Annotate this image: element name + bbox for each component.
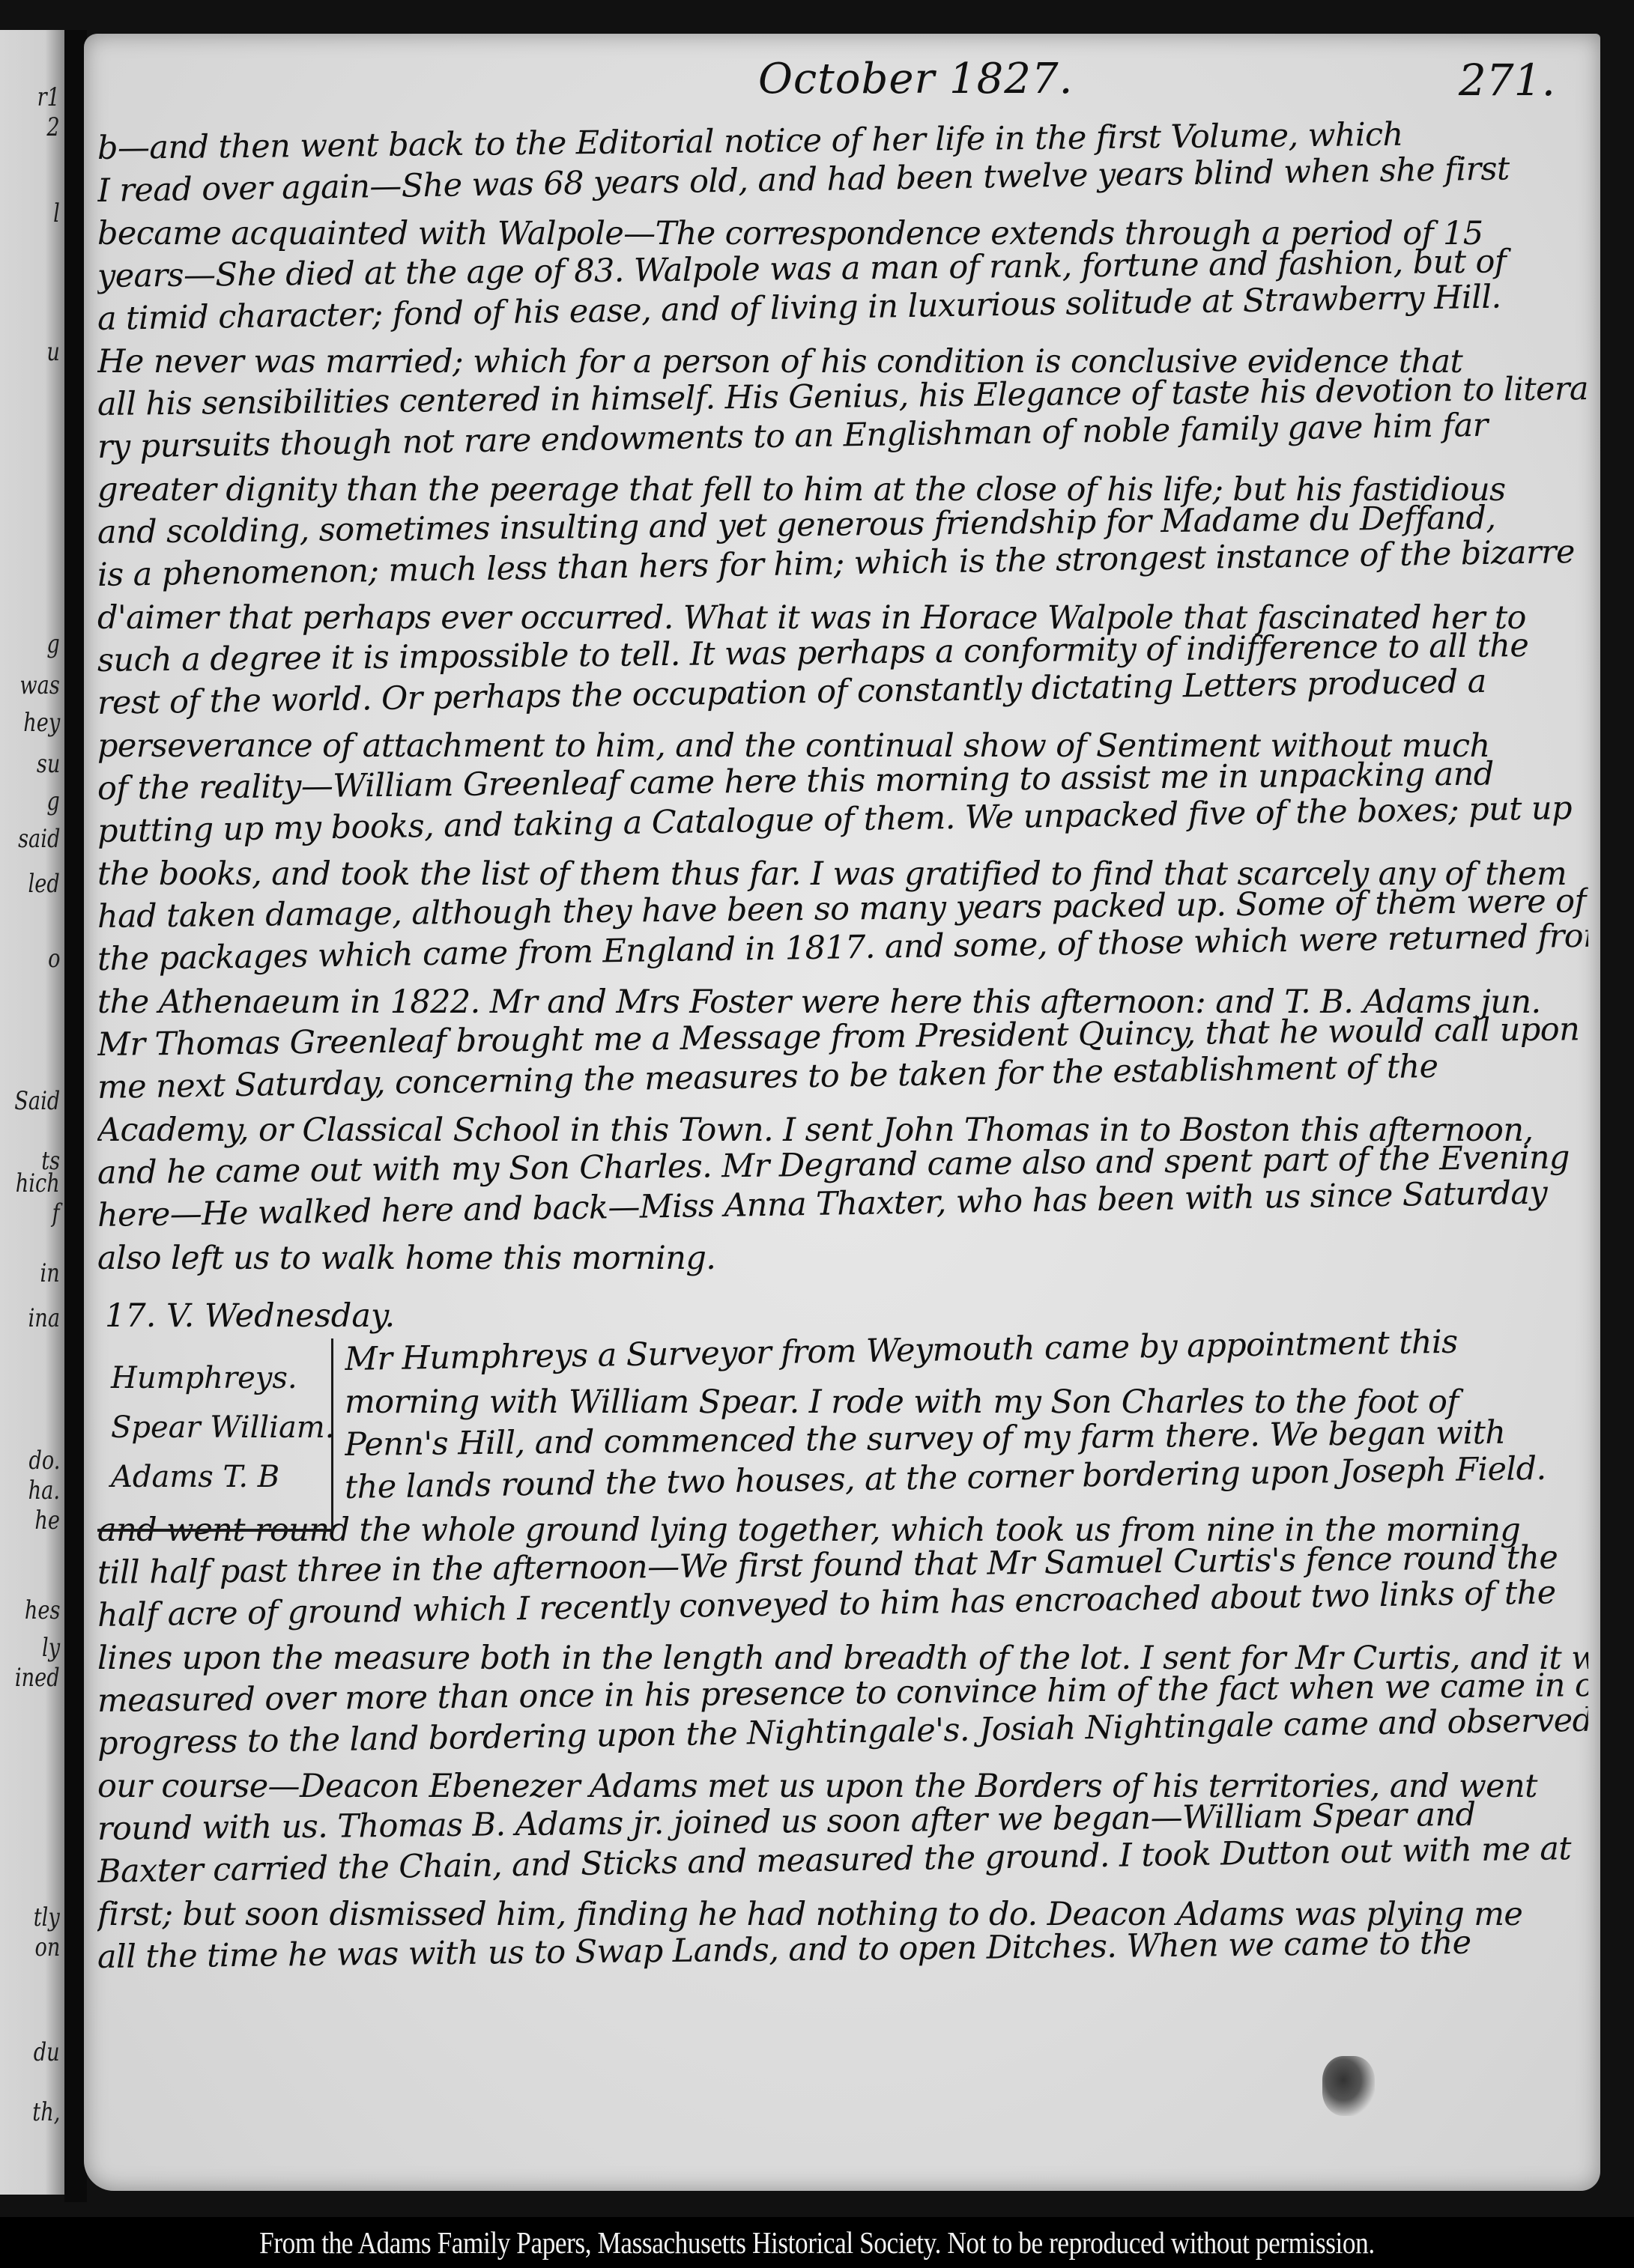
footer-bar: From the Adams Family Papers, Massachuse…: [0, 2217, 1634, 2268]
left-page-fragment: hich: [16, 1168, 60, 1198]
text-line: also left us to walk home this morning.: [97, 1237, 1588, 1280]
margin-note: Humphreys.: [111, 1353, 331, 1403]
left-facing-page-edge: r12lugwasheysugsaidledoSaidtshichfininad…: [0, 30, 64, 2195]
left-page-fragment: o: [48, 944, 60, 974]
left-page-fragment: 2: [47, 112, 60, 142]
paragraph-1: b—and then went back to the Editorial no…: [97, 127, 1588, 1280]
left-page-fragment: was: [20, 670, 60, 700]
scan-viewer: r12lugwasheysugsaidledoSaidtshichfininad…: [0, 0, 1634, 2217]
left-page-fragment: r1: [37, 82, 60, 112]
left-page-fragment: hes: [24, 1595, 60, 1625]
date-heading: October 1827.: [758, 55, 1073, 103]
margin-notes-box: Humphreys. Spear William. Adams T. B: [97, 1338, 333, 1532]
left-page-fragment: hey: [23, 708, 60, 738]
left-page-fragment: ha.: [28, 1476, 60, 1506]
left-page-fragment: g: [47, 629, 60, 659]
footer-credit: From the Adams Family Papers, Massachuse…: [259, 2225, 1375, 2261]
left-page-fragment: ined: [15, 1663, 60, 1693]
left-page-fragment: on: [34, 1932, 60, 1962]
page-number: 271.: [1459, 55, 1555, 106]
entry-lines-full-width: and went round the whole ground lying to…: [97, 1509, 1588, 1979]
left-page-fragment: tly: [34, 1902, 60, 1932]
left-page-fragment: said: [18, 824, 60, 854]
left-page-fragment: g: [47, 786, 60, 816]
left-page-fragment: f: [52, 1198, 60, 1228]
left-page-fragment: led: [28, 869, 60, 899]
left-page-fragment: l: [53, 198, 60, 228]
left-page-fragment: su: [37, 749, 60, 779]
left-page-fragment: do.: [28, 1446, 60, 1476]
entry-lines-beside-notes: Mr Humphreys a Surveyor from Weymouth ca…: [345, 1338, 1588, 1509]
left-page-fragment: u: [46, 337, 60, 367]
entry-block: Humphreys. Spear William. Adams T. B Mr …: [97, 1338, 1588, 1509]
left-page-fragment: du: [34, 2037, 60, 2067]
ink-blot: [1322, 2056, 1375, 2116]
diary-text: b—and then went back to the Editorial no…: [97, 127, 1588, 1979]
left-page-fragment: in: [40, 1258, 60, 1288]
left-page-fragment: ina: [28, 1303, 60, 1333]
margin-note: Spear William.: [111, 1403, 331, 1452]
left-page-fragment: th,: [32, 2097, 60, 2127]
manuscript-page: October 1827. 271. b—and then went back …: [84, 34, 1600, 2191]
margin-note: Adams T. B: [111, 1452, 331, 1502]
left-page-fragment: Said: [14, 1086, 60, 1116]
left-page-fragment: ly: [42, 1633, 60, 1663]
left-page-fragment: he: [34, 1506, 60, 1535]
